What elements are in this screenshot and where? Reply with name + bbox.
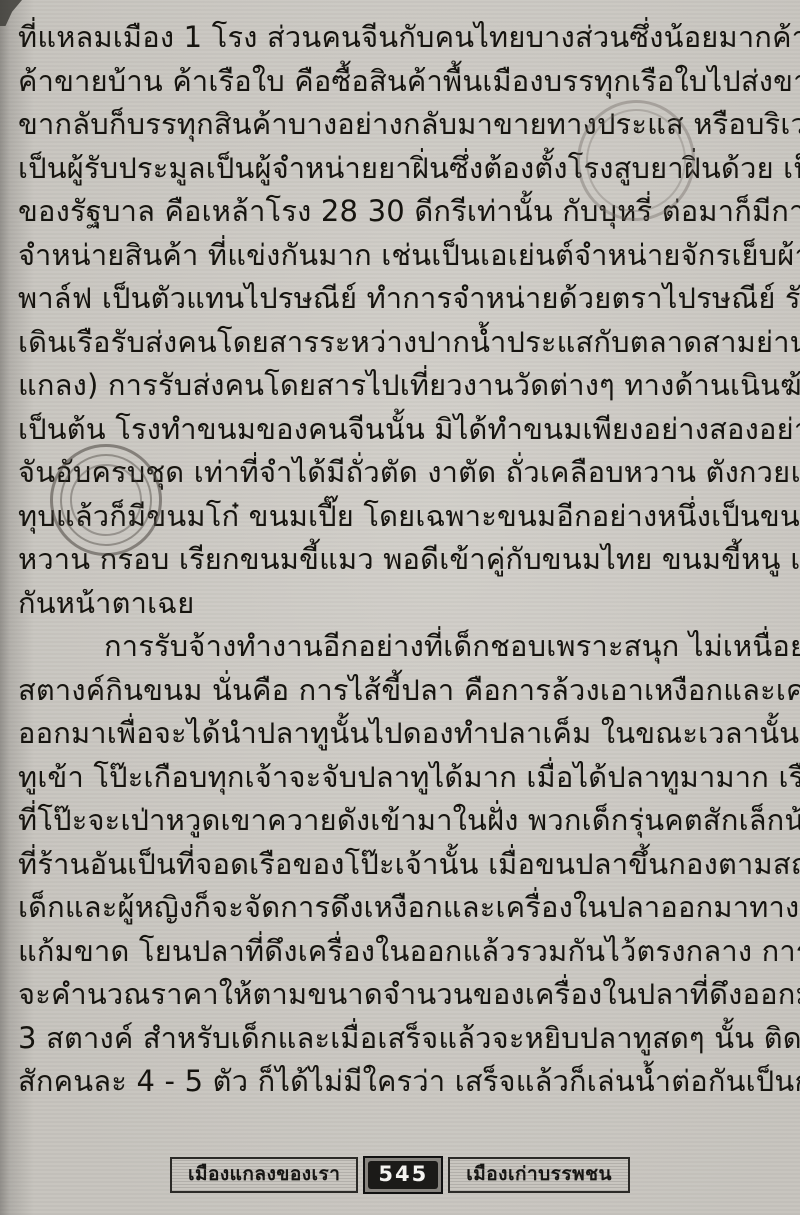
text-line: สตางค์กินขนม นั่นคือ การไส้ขี้ปลา คือการ… (18, 669, 778, 713)
text-line: ทูเข้า โป๊ะเกือบทุกเจ้าจะจับปลาทูได้มาก … (18, 756, 778, 800)
text-line: เป็นผู้รับประมูลเป็นผู้จำหน่ายยาฝิ่นซึ่ง… (18, 147, 778, 191)
text-line: ออกมาเพื่อจะได้นำปลาทูนั้นไปดองทำปลาเค็ม… (18, 712, 778, 756)
text-line: ที่แหลมเมือง 1 โรง ส่วนคนจีนกับคนไทยบางส… (18, 16, 778, 60)
text-line: จันอับครบชุด เท่าที่จำได้มีถั่วตัด งาตัด… (18, 451, 778, 495)
text-line: จำหน่ายสินค้า ที่แข่งกันมาก เช่นเป็นเอเย… (18, 234, 778, 278)
page-number-box: 545 (363, 1156, 443, 1194)
text-line: สักคนละ 4 - 5 ตัว ก็ได้ไม่มีใครว่า เสร็จ… (18, 1060, 778, 1104)
text-line: เด็กและผู้หญิงก็จะจัดการดึงเหงือกและเครื… (18, 886, 778, 930)
paragraph: ที่แหลมเมือง 1 โรง ส่วนคนจีนกับคนไทยบางส… (18, 16, 778, 625)
text-line: กันหน้าตาเฉย (18, 582, 778, 626)
text-line: แกลง) การรับส่งคนโดยสารไปเที่ยวงานวัดต่า… (18, 364, 778, 408)
text-line: จะคำนวณราคาให้ตามขนาดจำนวนของเครื่องในปล… (18, 973, 778, 1017)
text-line: แก้มขาด โยนปลาที่ดึงเครื่องในออกแล้วรวมก… (18, 930, 778, 974)
text-line: การรับจ้างทำงานอีกอย่างที่เด็กชอบเพราะสน… (18, 625, 778, 669)
page-footer: เมืองแกลงของเรา 545 เมืองเก่าบรรพชน (0, 1156, 800, 1194)
text-line: ที่ร้านอันเป็นที่จอดเรือของโป๊ะเจ้านั้น … (18, 843, 778, 887)
text-line: ที่โป๊ะจะเป่าหวูดเขาควายดังเข้ามาในฝั่ง … (18, 799, 778, 843)
text-line: ขากลับก็บรรทุกสินค้าบางอย่างกลับมาขายทาง… (18, 103, 778, 147)
footer-right-title: เมืองเก่าบรรพชน (448, 1157, 630, 1193)
text-line: ของรัฐบาล คือเหล้าโรง 28 30 ดีกรีเท่านั้… (18, 190, 778, 234)
text-line: 3 สตางค์ สำหรับเด็กและเมื่อเสร็จแล้วจะหย… (18, 1017, 778, 1061)
page-number: 545 (368, 1161, 438, 1189)
text-line: ทุบแล้วก็มีขนมโก๋ ขนมเปี๊ย โดยเฉพาะขนมอี… (18, 495, 778, 539)
footer-left-title: เมืองแกลงของเรา (170, 1157, 358, 1193)
text-line: เป็นต้น โรงทำขนมของคนจีนนั้น มิได้ทำขนมเ… (18, 408, 778, 452)
page-text-block: ที่แหลมเมือง 1 โรง ส่วนคนจีนกับคนไทยบางส… (18, 16, 778, 1104)
text-line: พาล์ฟ เป็นตัวแทนไปรษณีย์ ทำการจำหน่ายด้ว… (18, 277, 778, 321)
text-line: หวาน กรอบ เรียกขนมขี้แมว พอดีเข้าคู่กับข… (18, 538, 778, 582)
text-line: เดินเรือรับส่งคนโดยสารระหว่างปากน้ำประแส… (18, 321, 778, 365)
scanned-page-background: ที่แหลมเมือง 1 โรง ส่วนคนจีนกับคนไทยบางส… (0, 0, 800, 1215)
text-line: ค้าขายบ้าน ค้าเรือใบ คือซื้อสินค้าพื้นเม… (18, 60, 778, 104)
paragraph: การรับจ้างทำงานอีกอย่างที่เด็กชอบเพราะสน… (18, 625, 778, 1104)
